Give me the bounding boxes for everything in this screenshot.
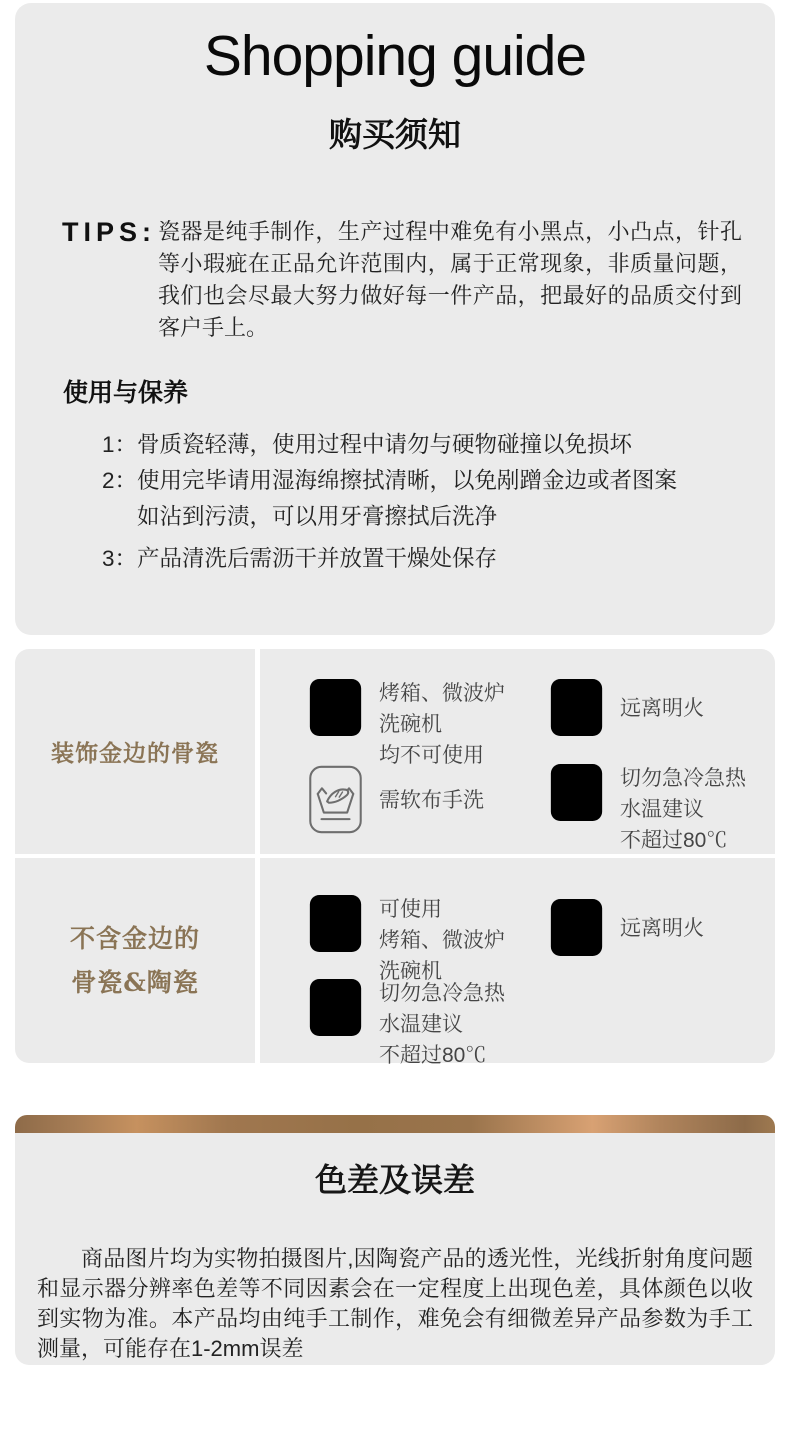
care-table: 装饰金边的骨瓷 烤箱、微波炉 洗碗机 均不可使用 远离明火 — [15, 649, 775, 1063]
care-symbol-caption: 需软布手洗 — [379, 783, 484, 816]
color-deviation-body: 色差及误差 商品图片均为实物拍摄图片,因陶瓷产品的透光性，光线折射角度问题和显示… — [15, 1133, 775, 1365]
open-flame-forbidden-icon — [548, 896, 605, 959]
care-item-3: 3： 产品清洗后需沥干并放置干燥处保存 — [102, 541, 722, 577]
care-item-text: 骨质瓷轻薄，使用过程中请勿与硬物碰撞以免损坏 — [137, 427, 632, 463]
care-symbol-group: 可使用 烤箱、微波炉 洗碗机 — [307, 892, 505, 987]
open-flame-forbidden-icon — [548, 676, 605, 739]
care-symbol-caption: 切勿急冷急热 水温建议 不超过80℃ — [379, 976, 505, 1071]
care-symbol-caption: 可使用 烤箱、微波炉 洗碗机 — [379, 892, 505, 987]
care-symbol-group: 切勿急冷急热 水温建议 不超过80℃ — [307, 976, 505, 1071]
thermal-shock-forbidden-icon — [307, 976, 364, 1039]
care-symbol-caption: 远离明火 — [620, 911, 704, 944]
color-deviation-card: 色差及误差 商品图片均为实物拍摄图片,因陶瓷产品的透光性，光线折射角度问题和显示… — [15, 1115, 775, 1365]
care-heading: 使用与保养 — [63, 373, 188, 409]
care-item-2: 2： 使用完毕请用湿海绵擦拭清晰，以免剐蹭金边或者图案 如沾到污渍，可以用牙膏擦… — [102, 463, 722, 535]
care-instructions-list: 1： 骨质瓷轻薄，使用过程中请勿与硬物碰撞以免损坏 2： 使用完毕请用湿海绵擦拭… — [102, 427, 722, 577]
care-symbol-caption: 切勿急冷急热 水温建议 不超过80℃ — [620, 761, 746, 856]
tips-block: TIPS: 瓷器是纯手制作，生产过程中难免有小黑点，小凸点，针孔等小瑕疵在正品允… — [62, 216, 742, 344]
shopping-guide-page: { "header": { "title": "Shopping guide",… — [0, 0, 790, 1448]
page-subtitle: 购买须知 — [15, 109, 775, 156]
table-row-gilded-bone-china: 装饰金边的骨瓷 烤箱、微波炉 洗碗机 均不可使用 远离明火 — [15, 649, 775, 854]
page-title: Shopping guide — [15, 23, 775, 89]
tips-label: TIPS: — [62, 216, 156, 248]
care-symbol-caption: 远离明火 — [620, 691, 704, 724]
microwave-forbidden-icon — [307, 676, 364, 739]
row-content: 可使用 烤箱、微波炉 洗碗机 远离明火 切勿急冷急热 水温建议 不超过80℃ — [260, 858, 775, 1063]
table-row-plain-ceramic: 不含金边的 骨瓷&陶瓷 可使用 烤箱、微波炉 洗碗机 远离明火 切勿急冷急热 水… — [15, 858, 775, 1063]
hand-wash-icon — [307, 764, 364, 835]
gold-accent-bar — [15, 1115, 775, 1133]
care-item-number: 3： — [102, 541, 137, 577]
care-symbol-group: 烤箱、微波炉 洗碗机 均不可使用 — [307, 676, 505, 771]
tips-text: 瓷器是纯手制作，生产过程中难免有小黑点，小凸点，针孔等小瑕疵在正品允许范围内，属… — [158, 216, 742, 344]
care-symbol-group: 远离明火 — [548, 676, 704, 739]
care-symbol-caption: 烤箱、微波炉 洗碗机 均不可使用 — [379, 676, 505, 771]
care-symbol-group: 需软布手洗 — [307, 764, 484, 835]
care-symbol-group: 切勿急冷急热 水温建议 不超过80℃ — [548, 761, 746, 856]
shopping-guide-card: Shopping guide 购买须知 TIPS: 瓷器是纯手制作，生产过程中难… — [15, 3, 775, 635]
thermal-shock-forbidden-icon — [548, 761, 605, 824]
color-deviation-text: 商品图片均为实物拍摄图片,因陶瓷产品的透光性，光线折射角度问题和显示器分辨率色差… — [37, 1244, 753, 1364]
row-label: 不含金边的 骨瓷&陶瓷 — [15, 858, 255, 1063]
color-deviation-title: 色差及误差 — [15, 1155, 775, 1201]
microwave-allowed-icon — [307, 892, 364, 955]
care-item-text: 产品清洗后需沥干并放置干燥处保存 — [137, 541, 497, 577]
row-label: 装饰金边的骨瓷 — [15, 649, 255, 854]
care-item-number: 2： — [102, 463, 137, 535]
care-item-1: 1： 骨质瓷轻薄，使用过程中请勿与硬物碰撞以免损坏 — [102, 427, 722, 463]
care-symbol-group: 远离明火 — [548, 896, 704, 959]
care-item-text: 使用完毕请用湿海绵擦拭清晰，以免剐蹭金边或者图案 如沾到污渍，可以用牙膏擦拭后洗… — [137, 463, 677, 535]
care-item-number: 1： — [102, 427, 137, 463]
row-content: 烤箱、微波炉 洗碗机 均不可使用 远离明火 需软布手洗 — [260, 649, 775, 854]
